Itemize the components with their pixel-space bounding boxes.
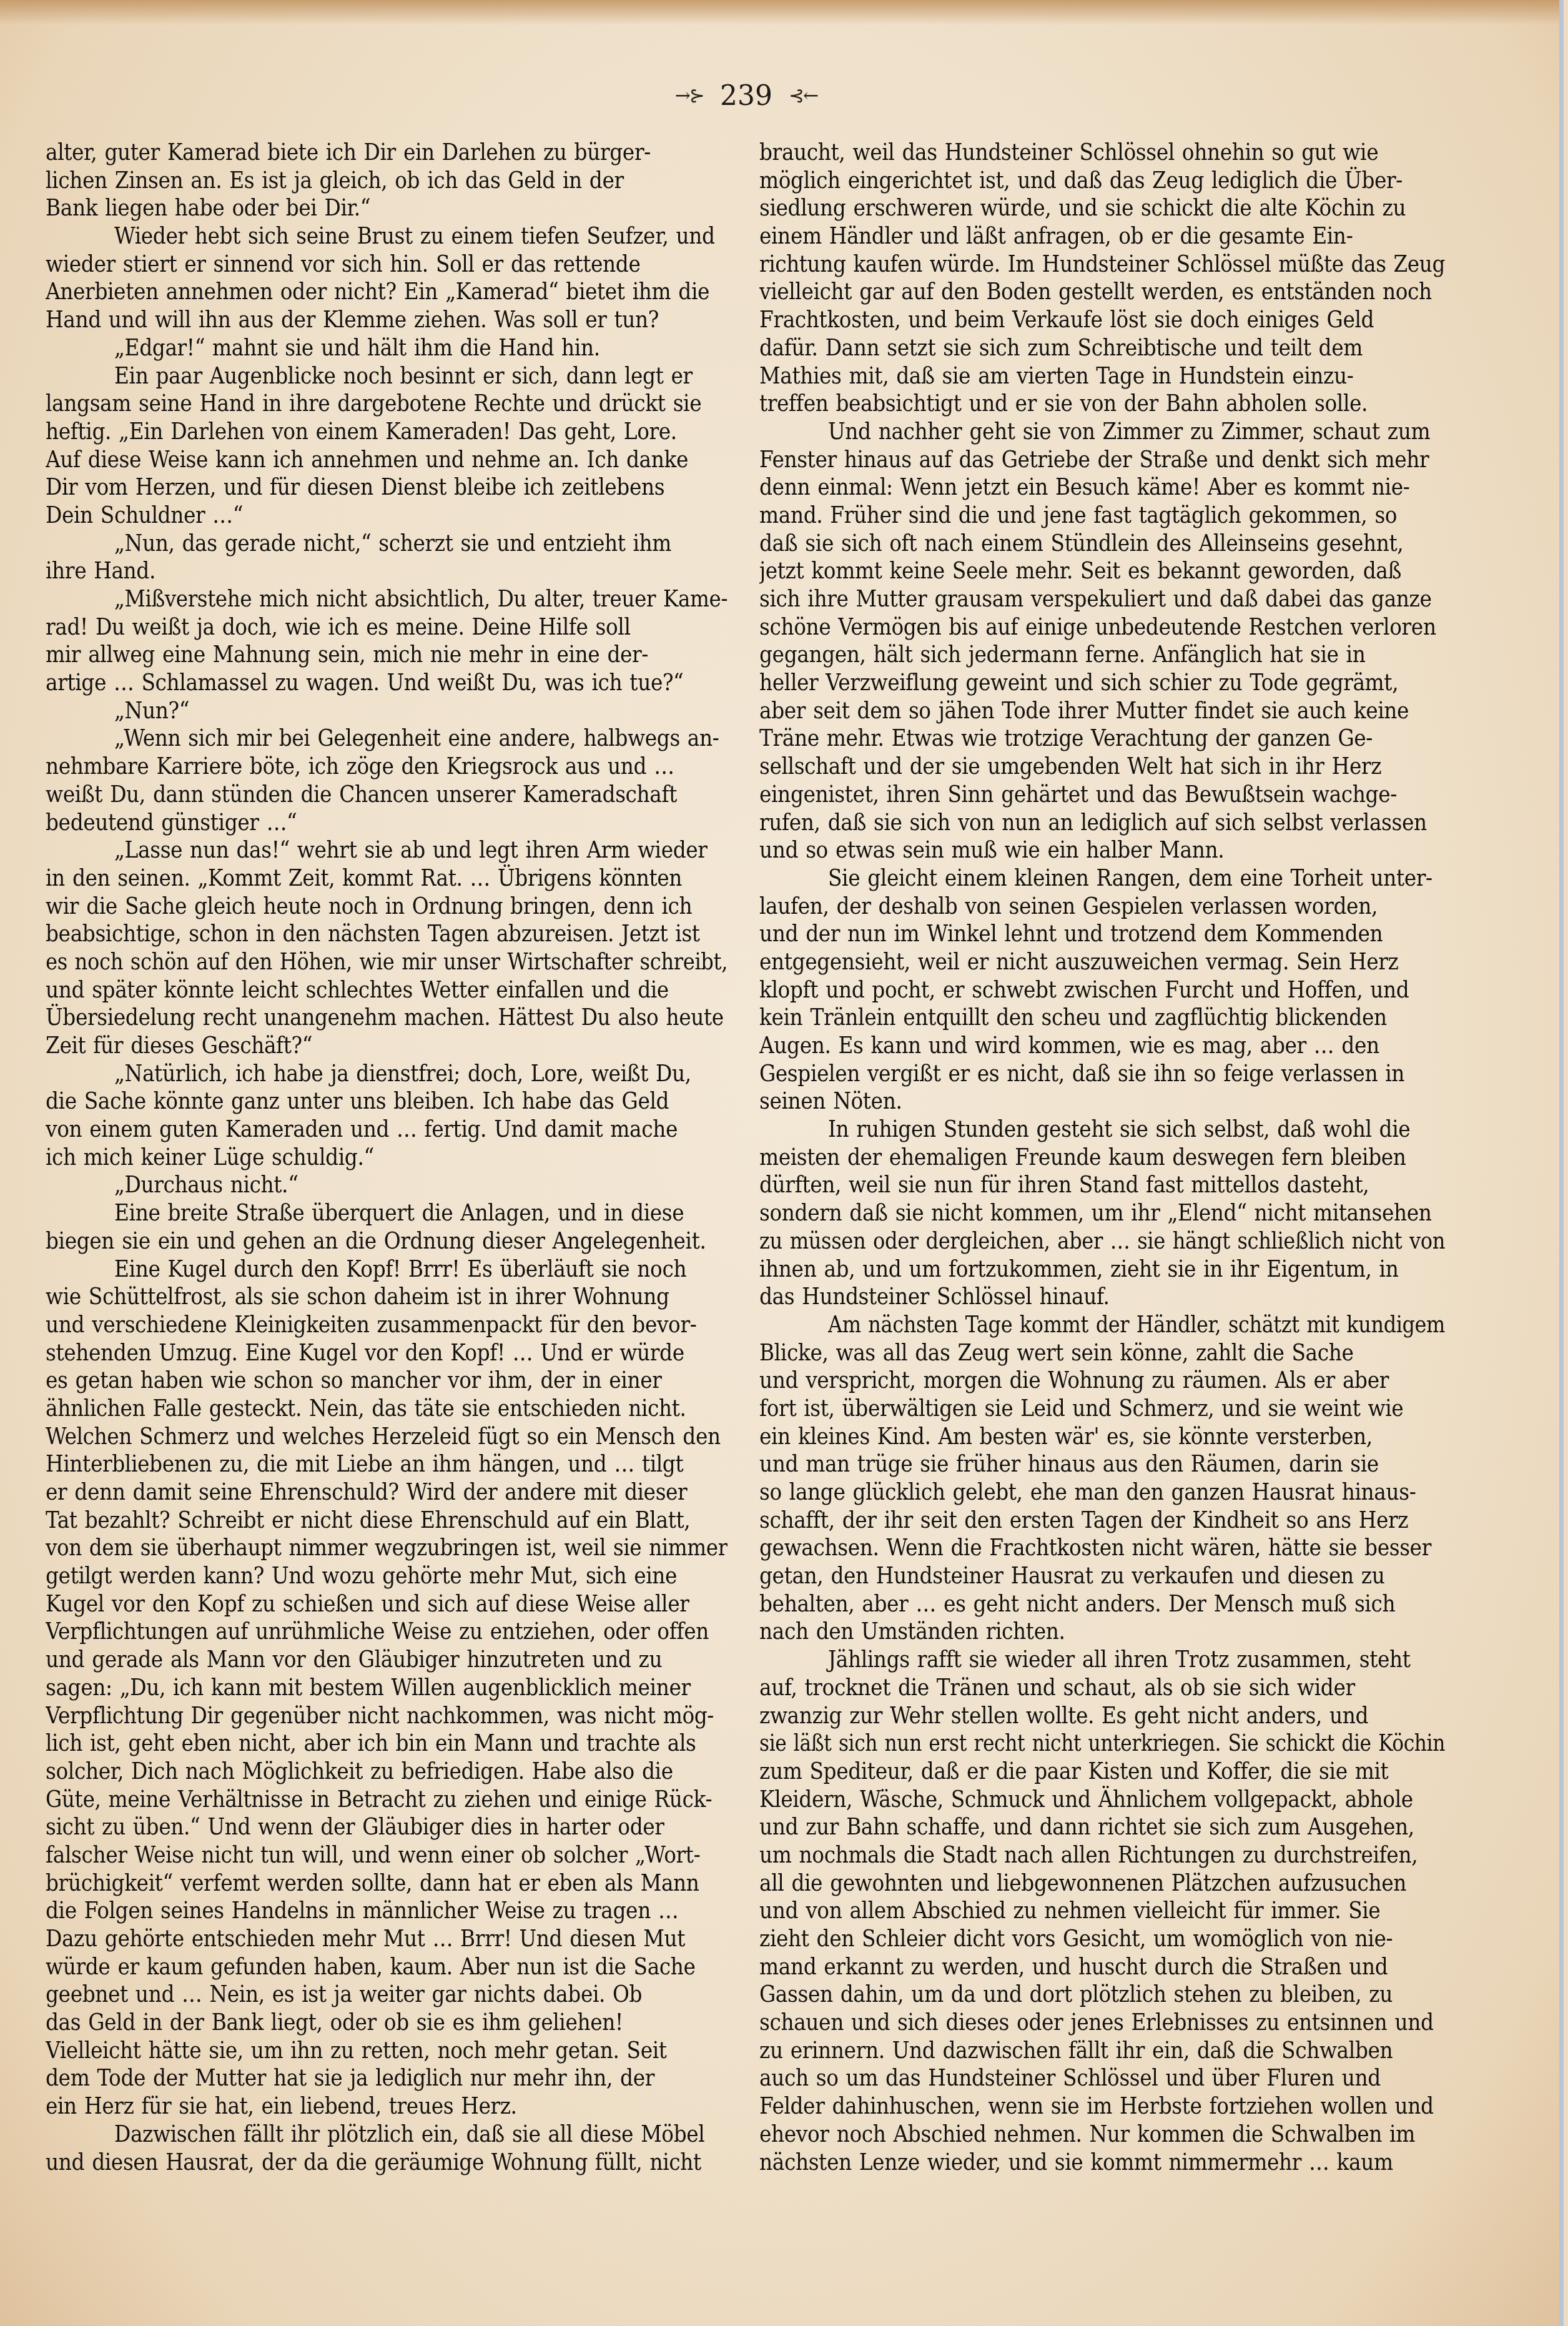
text-line: weißt Du, dann stünden die Chancen unser… [46, 781, 727, 809]
text-line: schauen und sich dieses oder jenes Erleb… [759, 2009, 1445, 2037]
text-line: sicht zu üben.“ Und wenn der Gläubiger d… [46, 1813, 727, 1841]
text-line: in den seinen. „Kommt Zeit, kommt Rat. …… [46, 864, 727, 893]
text-line: seinen Nöten. [759, 1087, 1445, 1116]
text-line: zu müssen oder dergleichen, aber … sie h… [759, 1227, 1445, 1255]
text-line: Wieder hebt sich seine Brust zu einem ti… [46, 222, 727, 250]
text-line: alter, guter Kamerad biete ich Dir ein D… [46, 139, 727, 167]
text-line: die Sache könnte ganz unter uns bleiben.… [46, 1087, 727, 1116]
text-line: Fenster hinaus auf das Getriebe der Stra… [759, 446, 1445, 474]
text-line: und zur Bahn schaffe, und dann richtet s… [759, 1813, 1445, 1841]
page-edge [1559, 0, 1564, 2326]
text-line: von einem guten Kameraden und … fertig. … [46, 1116, 727, 1144]
text-line: Am nächsten Tage kommt der Händler, schä… [759, 1311, 1445, 1339]
text-line: Mathies mit, daß sie am vierten Tage in … [759, 362, 1445, 390]
ornament-left-icon: →⊱ [675, 85, 704, 107]
text-line: Güte, meine Verhältnisse in Betracht zu … [46, 1786, 727, 1814]
text-line: Kugel vor den Kopf zu schießen und sich … [46, 1590, 727, 1618]
text-line: es noch schön auf den Höhen, wie mir uns… [46, 948, 727, 976]
text-line: Verpflichtung Dir gegenüber nicht nachko… [46, 1702, 727, 1730]
text-column-right: braucht, weil das Hundsteiner Schlössel … [759, 139, 1445, 2176]
text-line: denn einmal: Wenn jetzt ein Besuch käme!… [759, 473, 1445, 502]
text-line: Träne mehr. Etwas wie trotzige Verachtun… [759, 725, 1445, 753]
text-line: zieht den Schleier dicht vors Gesicht, u… [759, 1925, 1445, 1953]
text-line: Welchen Schmerz und welches Herzeleid fü… [46, 1423, 727, 1451]
text-line: biegen sie ein und gehen an die Ordnung … [46, 1227, 727, 1255]
text-line: und verspricht, morgen die Wohnung zu rä… [759, 1367, 1445, 1395]
text-line: und der nun im Winkel lehnt und trotzend… [759, 920, 1445, 948]
text-line: Gespielen vergißt er es nicht, daß sie i… [759, 1060, 1445, 1088]
text-line: sagen: „Du, ich kann mit bestem Willen a… [46, 1674, 727, 1702]
text-line: schafft, der ihr seit den ersten Tagen d… [759, 1507, 1445, 1535]
text-line: das Geld in der Bank liegt, oder ob sie … [46, 2009, 727, 2037]
text-line: heftig. „Ein Darlehen von einem Kamerade… [46, 418, 727, 446]
text-line: Dazwischen fällt ihr plötzlich ein, daß … [46, 2121, 727, 2149]
text-line: Hand und will ihn aus der Klemme ziehen.… [46, 306, 727, 334]
text-line: ein Herz für sie hat, ein liebend, treue… [46, 2092, 727, 2121]
text-line: Auf diese Weise kann ich annehmen und ne… [46, 446, 727, 474]
text-line: treffen beabsichtigt und er sie von der … [759, 390, 1445, 418]
text-line: zum Spediteur, daß er die paar Kisten un… [759, 1758, 1445, 1786]
text-line: Eine breite Straße überquert die Anlagen… [46, 1199, 727, 1227]
page-sheet: →⊱ 239 ⊰← alter, guter Kamerad biete ich… [0, 0, 1564, 2326]
text-line: ihnen ab, und um fortzukommen, zieht sie… [759, 1255, 1445, 1284]
text-line: Und nachher geht sie von Zimmer zu Zimme… [759, 418, 1445, 446]
text-line: die Folgen seines Handelns in männlicher… [46, 1897, 727, 1925]
text-line: wieder stiert er sinnend vor sich hin. S… [46, 250, 727, 279]
text-line: Ein paar Augenblicke noch besinnt er sic… [46, 362, 727, 390]
text-line: so lange glücklich gelebt, ehe man den g… [759, 1478, 1445, 1507]
text-line: nächsten Lenze wieder, und sie kommt nim… [759, 2149, 1445, 2177]
text-line: und diesen Hausrat, der da die geräumige… [46, 2149, 727, 2177]
text-line: entgegensieht, weil er nicht auszuweiche… [759, 948, 1445, 976]
text-line: getan, den Hundsteiner Hausrat zu verkau… [759, 1562, 1445, 1590]
text-line: Gassen dahin, um da und dort plötzlich s… [759, 1981, 1445, 2009]
text-line: wie Schüttelfrost, als sie schon daheim … [46, 1283, 727, 1311]
text-line: ich mich keiner Lüge schuldig.“ [46, 1144, 727, 1172]
text-line: Anerbieten annehmen oder nicht? Ein „Kam… [46, 278, 727, 306]
text-line: Verpflichtungen auf unrühmliche Weise zu… [46, 1618, 727, 1646]
text-line: ähnlichen Falle gesteckt. Nein, das täte… [46, 1395, 727, 1423]
text-line: mand. Früher sind die und jene fast tagt… [759, 502, 1445, 530]
text-line: rad! Du weißt ja doch, wie ich es meine.… [46, 613, 727, 641]
text-line: heller Verzweiflung geweint und sich sch… [759, 669, 1445, 697]
text-line: jetzt kommt keine Seele mehr. Seit es be… [759, 557, 1445, 585]
text-line: „Wenn sich mir bei Gelegenheit eine ande… [46, 725, 727, 753]
ornament-right-icon: ⊰← [789, 85, 817, 107]
text-line: von dem sie überhaupt nimmer wegzubringe… [46, 1534, 727, 1562]
text-line: nehmbare Karriere böte, ich zöge den Kri… [46, 753, 727, 781]
text-line: er denn damit seine Ehrenschuld? Wird de… [46, 1478, 727, 1507]
text-line: und verschiedene Kleinigkeiten zusammenp… [46, 1311, 727, 1339]
text-line: Felder dahinhuschen, wenn sie im Herbste… [759, 2092, 1445, 2121]
text-line: dürften, weil sie nun für ihren Stand fa… [759, 1171, 1445, 1199]
text-line: und später könnte leicht schlechtes Wett… [46, 976, 727, 1004]
text-line: zwanzig zur Wehr stellen wollte. Es geht… [759, 1702, 1445, 1730]
text-line: sie läßt sich nun erst recht nicht unter… [759, 1730, 1445, 1758]
text-line: und so etwas sein muß wie ein halber Man… [759, 836, 1445, 864]
text-line: „Edgar!“ mahnt sie und hält ihm die Hand… [46, 334, 727, 362]
text-line: falscher Weise nicht tun will, und wenn … [46, 1841, 727, 1869]
text-line: lich ist, geht eben nicht, aber ich bin … [46, 1730, 727, 1758]
text-line: ihre Hand. [46, 557, 727, 585]
text-line: schöne Vermögen bis auf einige unbedeute… [759, 613, 1445, 641]
text-line: richtung kaufen würde. Im Hundsteiner Sc… [759, 250, 1445, 279]
text-line: sellschaft und der sie umgebenden Welt h… [759, 753, 1445, 781]
text-line: geebnet und … Nein, es ist ja weiter gar… [46, 1981, 727, 2009]
text-line: und man trüge sie früher hinaus aus den … [759, 1450, 1445, 1478]
text-line: mand erkannt zu werden, und huscht durch… [759, 1953, 1445, 1981]
text-line: Übersiedelung recht unangenehm machen. H… [46, 1004, 727, 1032]
text-line: Kleidern, Wäsche, Schmuck und Ähnlichem … [759, 1786, 1445, 1814]
text-line: lichen Zinsen an. Es ist ja gleich, ob i… [46, 167, 727, 195]
text-line: artige … Schlamassel zu wagen. Und weißt… [46, 669, 727, 697]
text-line: gewachsen. Wenn die Frachtkosten nicht w… [759, 1534, 1445, 1562]
text-line: bedeutend günstiger …“ [46, 809, 727, 837]
text-line: Vielleicht hätte sie, um ihn zu retten, … [46, 2037, 727, 2065]
text-line: ehevor noch Abschied nehmen. Nur kommen … [759, 2121, 1445, 2149]
text-line: wir die Sache gleich heute noch in Ordnu… [46, 893, 727, 921]
text-line: „Durchaus nicht.“ [46, 1171, 727, 1199]
text-line: Tat bezahlt? Schreibt er nicht diese Ehr… [46, 1507, 727, 1535]
text-line: all die gewohnten und liebgewonnenen Plä… [759, 1869, 1445, 1898]
text-line: solcher, Dich nach Möglichkeit zu befrie… [46, 1758, 727, 1786]
text-line: sondern daß sie nicht kommen, um ihr „El… [759, 1199, 1445, 1227]
text-line: getilgt werden kann? Und wozu gehörte me… [46, 1562, 727, 1590]
text-line: beabsichtige, schon in den nächsten Tage… [46, 920, 727, 948]
text-line: Zeit für dieses Geschäft?“ [46, 1032, 727, 1060]
text-line: Dein Schuldner …“ [46, 502, 727, 530]
text-line: „Nun?“ [46, 697, 727, 725]
text-line: und gerade als Mann vor den Gläubiger hi… [46, 1646, 727, 1674]
text-line: gegangen, hält sich jedermann ferne. Anf… [759, 641, 1445, 669]
text-line: Bank liegen habe oder bei Dir.“ [46, 194, 727, 222]
text-line: „Nun, das gerade nicht,“ scherzt sie und… [46, 530, 727, 558]
text-line: würde er kaum gefunden haben, kaum. Aber… [46, 1953, 727, 1981]
text-line: siedlung erschweren würde, und sie schic… [759, 194, 1445, 222]
text-line: aber seit dem so jähen Tode ihrer Mutter… [759, 697, 1445, 725]
text-line: das Hundsteiner Schlössel hinauf. [759, 1283, 1445, 1311]
text-line: dem Tode der Mutter hat sie ja lediglich… [46, 2064, 727, 2092]
text-line: auch so um das Hundsteiner Schlössel und… [759, 2064, 1445, 2092]
text-line: nach den Umständen richten. [759, 1618, 1445, 1646]
text-line: braucht, weil das Hundsteiner Schlössel … [759, 139, 1445, 167]
text-line: In ruhigen Stunden gesteht sie sich selb… [759, 1116, 1445, 1144]
text-line: ein kleines Kind. Am besten wär' es, sie… [759, 1423, 1445, 1451]
text-line: um nochmals die Stadt nach allen Richtun… [759, 1841, 1445, 1869]
text-line: auf, trocknet die Tränen und schaut, als… [759, 1674, 1445, 1702]
text-line: dafür. Dann setzt sie sich zum Schreibti… [759, 334, 1445, 362]
text-line: behalten, aber … es geht nicht anders. D… [759, 1590, 1445, 1618]
text-line: Dir vom Herzen, und für diesen Dienst bl… [46, 473, 727, 502]
text-line: klopft und pocht, er schwebt zwischen Fu… [759, 976, 1445, 1004]
text-line: mir allweg eine Mahnung sein, mich nie m… [46, 641, 727, 669]
text-line: Eine Kugel durch den Kopf! Brrr! Es über… [46, 1255, 727, 1284]
text-column-left: alter, guter Kamerad biete ich Dir ein D… [46, 139, 727, 2176]
text-line: Dazu gehörte entschieden mehr Mut … Brrr… [46, 1925, 727, 1953]
text-line: meisten der ehemaligen Freunde kaum desw… [759, 1144, 1445, 1172]
text-line: langsam seine Hand in ihre dargebotene R… [46, 390, 727, 418]
text-line: es getan haben wie schon so mancher vor … [46, 1367, 727, 1395]
text-line: sich ihre Mutter grausam verspekuliert u… [759, 585, 1445, 613]
page-number: 239 [720, 80, 772, 112]
text-line: möglich eingerichtet ist, und daß das Ze… [759, 167, 1445, 195]
text-line: Sie gleicht einem kleinen Rangen, dem ei… [759, 864, 1445, 893]
text-line: zu erinnern. Und dazwischen fällt ihr ei… [759, 2037, 1445, 2065]
text-line: Blicke, was all das Zeug wert sein könne… [759, 1339, 1445, 1367]
text-line: einem Händler und läßt anfragen, ob er d… [759, 222, 1445, 250]
text-line: Frachtkosten, und beim Verkaufe löst sie… [759, 306, 1445, 334]
text-line: eingenistet, ihren Sinn gehärtet und das… [759, 781, 1445, 809]
text-line: brüchigkeit“ verfemt werden sollte, dann… [46, 1869, 727, 1898]
text-line: kein Tränlein entquillt den scheu und za… [759, 1004, 1445, 1032]
text-line: Augen. Es kann und wird kommen, wie es m… [759, 1032, 1445, 1060]
text-line: daß sie sich oft nach einem Stündlein de… [759, 530, 1445, 558]
text-line: und von allem Abschied zu nehmen viellei… [759, 1897, 1445, 1925]
text-line: Jählings rafft sie wieder all ihren Trot… [759, 1646, 1445, 1674]
text-line: rufen, daß sie sich von nun an lediglich… [759, 809, 1445, 837]
text-line: fort ist, überwältigen sie Leid und Schm… [759, 1395, 1445, 1423]
text-line: vielleicht gar auf den Boden gestellt we… [759, 278, 1445, 306]
page-header: →⊱ 239 ⊰← [659, 80, 834, 111]
text-line: „Natürlich, ich habe ja dienstfrei; doch… [46, 1060, 727, 1088]
text-line: laufen, der deshalb von seinen Gespielen… [759, 893, 1445, 921]
text-line: stehenden Umzug. Eine Kugel vor den Kopf… [46, 1339, 727, 1367]
text-line: „Lasse nun das!“ wehrt sie ab und legt i… [46, 836, 727, 864]
text-line: „Mißverstehe mich nicht absichtlich, Du … [46, 585, 727, 613]
text-line: Hinterbliebenen zu, die mit Liebe an ihm… [46, 1450, 727, 1478]
